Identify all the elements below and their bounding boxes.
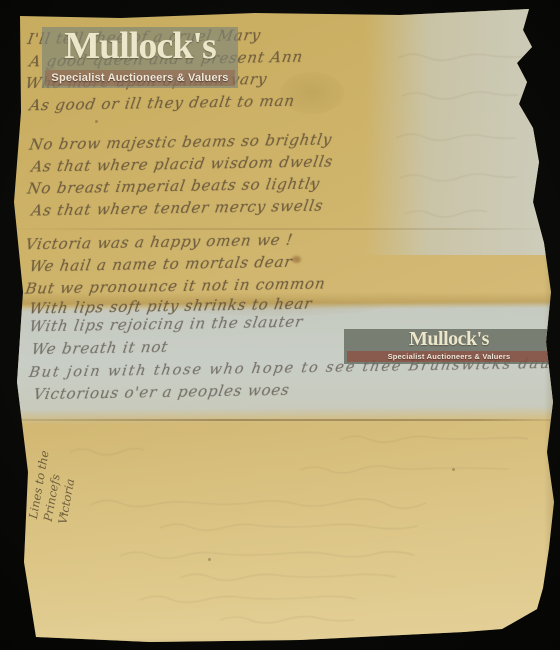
watermark-brand: Mullock's xyxy=(42,27,238,66)
poem-line-s4-l2: We breath it not xyxy=(30,338,169,358)
watermark-brand: Mullock's xyxy=(344,329,554,350)
mullocks-watermark-middle: Mullock's Specialist Auctioneers & Value… xyxy=(344,329,554,364)
mullocks-watermark-top: Mullock's Specialist Auctioneers & Value… xyxy=(42,27,238,88)
watermark-tagline: Specialist Auctioneers & Valuers xyxy=(45,70,235,86)
photo-background: { "scene": { "background_color": "#0a0a0… xyxy=(0,0,560,650)
manuscript-paper: I'll tell thee of a cruel Mary A good qu… xyxy=(0,0,560,650)
watermark-tagline: Specialist Auctioneers & Valuers xyxy=(347,351,551,362)
